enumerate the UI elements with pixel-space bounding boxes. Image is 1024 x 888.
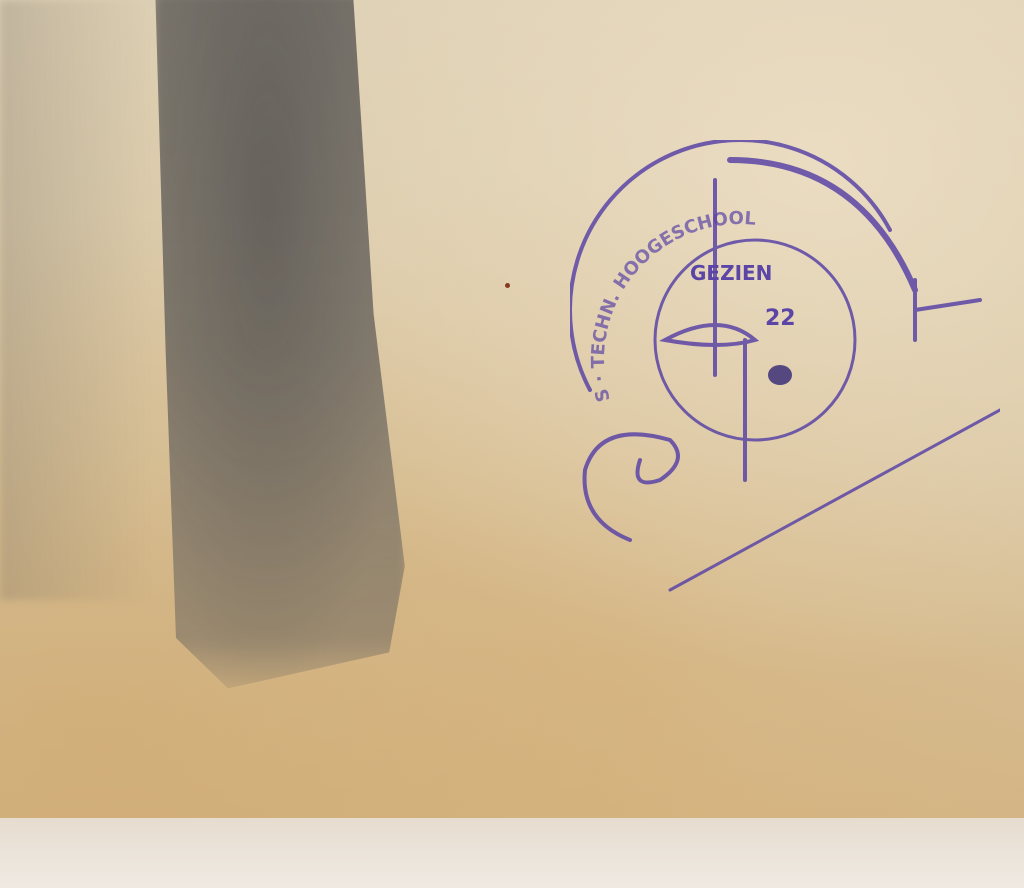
archive-stamp: S · TECHN. HOOGESCHOOL GEZIEN 22 <box>570 140 1000 610</box>
stamp-center-number: 22 <box>765 306 796 331</box>
charcoal-shading <box>0 0 150 600</box>
stamp-center-label: GEZIEN <box>690 261 772 285</box>
paper-backing <box>0 818 1024 888</box>
rust-speck <box>505 283 510 288</box>
stamp-ring-text: S · TECHN. HOOGESCHOOL <box>588 208 757 404</box>
svg-text:S · TECHN. HOOGESCHOOL: S · TECHN. HOOGESCHOOL <box>588 208 757 404</box>
